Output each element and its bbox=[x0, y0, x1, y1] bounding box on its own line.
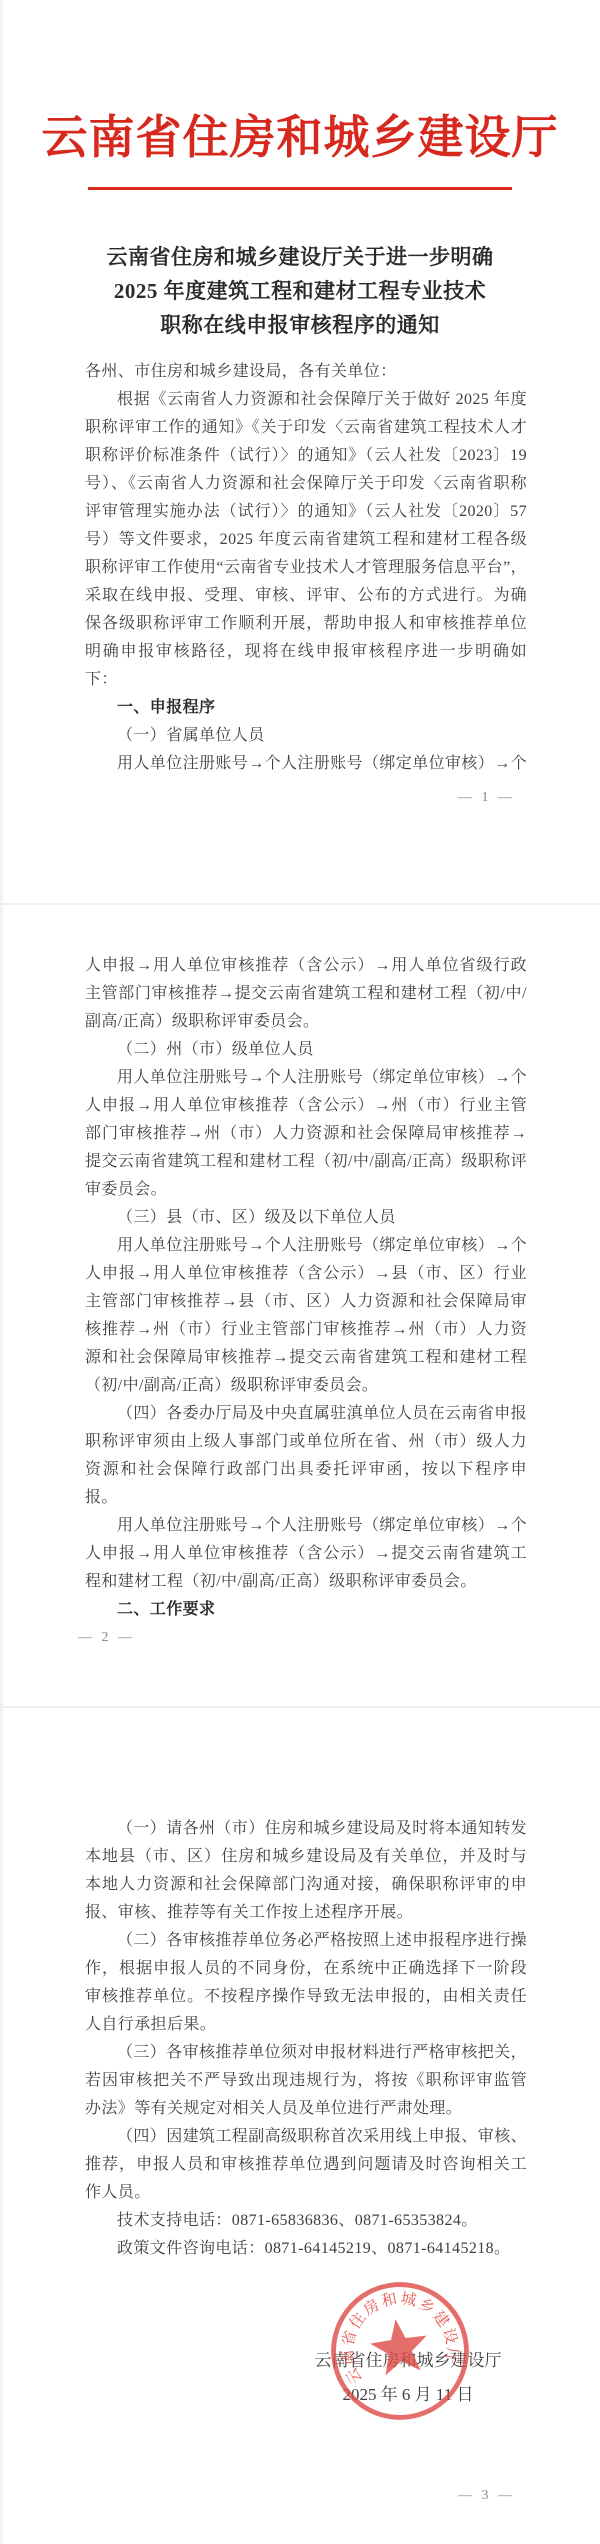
requirement-4: （四）因建筑工程副高级职称首次采用线上申报、审核、推荐，申报人员和审核推荐单位遇… bbox=[85, 2123, 527, 2207]
subsection-2-title: （二）州（市）级单位人员 bbox=[85, 1036, 527, 1064]
document-title-line2: 2025 年度建筑工程和建材工程专业技术 bbox=[40, 274, 560, 308]
page2-body: 人申报→用人单位审核推荐（含公示）→用人单位省级行政主管部门审核推荐→提交云南省… bbox=[85, 952, 527, 1624]
page1-number: — 1 — bbox=[458, 790, 515, 806]
flow-2: 用人单位注册账号→个人注册账号（绑定单位审核）→个人申报→用人单位审核推荐（含公… bbox=[85, 1064, 527, 1204]
section-heading-2: 二、工作要求 bbox=[85, 1596, 527, 1624]
subsection-4-paragraph: （四）各委办厅局及中央直属驻滇单位人员在云南省申报职称评审须由上级人事部门或单位… bbox=[85, 1400, 527, 1512]
flow-1-part1: 用人单位注册账号→个人注册账号（绑定单位审核）→个 bbox=[85, 750, 527, 778]
subsection-1-title: （一）省属单位人员 bbox=[85, 722, 527, 750]
requirement-1: （一）请各州（市）住房和城乡建设局及时将本通知转发本地县（市、区）住房和城乡建设… bbox=[85, 1815, 527, 1927]
page-separator-1 bbox=[0, 903, 600, 905]
page1-body: 各州、市住房和城乡建设局，各有关单位： 根据《云南省人力资源和社会保障厅关于做好… bbox=[85, 358, 527, 778]
scan-left-edge bbox=[0, 0, 3, 2544]
salutation: 各州、市住房和城乡建设局，各有关单位： bbox=[85, 358, 527, 386]
letterhead-org-title: 云南省住房和城乡建设厅 bbox=[0, 108, 600, 168]
page3-body: （一）请各州（市）住房和城乡建设局及时将本通知转发本地县（市、区）住房和城乡建设… bbox=[85, 1815, 527, 2263]
subsection-3-title: （三）县（市、区）级及以下单位人员 bbox=[85, 1204, 527, 1232]
seal-star-icon bbox=[367, 2315, 431, 2377]
flow-4: 用人单位注册账号→个人注册账号（绑定单位审核）→个人申报→用人单位审核推荐（含公… bbox=[85, 1512, 527, 1596]
page3-number: — 3 — bbox=[458, 2488, 515, 2504]
page-separator-2 bbox=[0, 1706, 600, 1708]
tech-support-phone: 技术支持电话：0871-65836836、0871-65353824。 bbox=[85, 2207, 527, 2235]
page2-number: — 2 — bbox=[78, 1630, 135, 1646]
policy-consult-phone: 政策文件咨询电话：0871-64145219、0871-64145218。 bbox=[85, 2235, 527, 2263]
section-heading-1: 一、申报程序 bbox=[85, 694, 527, 722]
document-title-line1: 云南省住房和城乡建设厅关于进一步明确 bbox=[40, 240, 560, 274]
document-title-line3: 职称在线申报审核程序的通知 bbox=[40, 308, 560, 342]
flow-3: 用人单位注册账号→个人注册账号（绑定单位审核）→个人申报→用人单位审核推荐（含公… bbox=[85, 1232, 527, 1400]
requirement-3: （三）各审核推荐单位须对申报材料进行严格审核把关，若因审核把关不严导致出现违规行… bbox=[85, 2039, 527, 2123]
letterhead-rule bbox=[88, 187, 512, 190]
requirement-2: （二）各审核推荐单位务必严格按照上述申报程序进行操作，根据申报人员的不同身份，在… bbox=[85, 1927, 527, 2039]
document-title: 云南省住房和城乡建设厅关于进一步明确 2025 年度建筑工程和建材工程专业技术 … bbox=[40, 240, 560, 342]
official-seal-icon: 云南省住房和城乡建设厅 bbox=[315, 2266, 484, 2435]
flow-1-part2: 人申报→用人单位审核推荐（含公示）→用人单位省级行政主管部门审核推荐→提交云南省… bbox=[85, 952, 527, 1036]
intro-paragraph: 根据《云南省人力资源和社会保障厅关于做好 2025 年度职称评审工作的通知》《关… bbox=[85, 386, 527, 694]
